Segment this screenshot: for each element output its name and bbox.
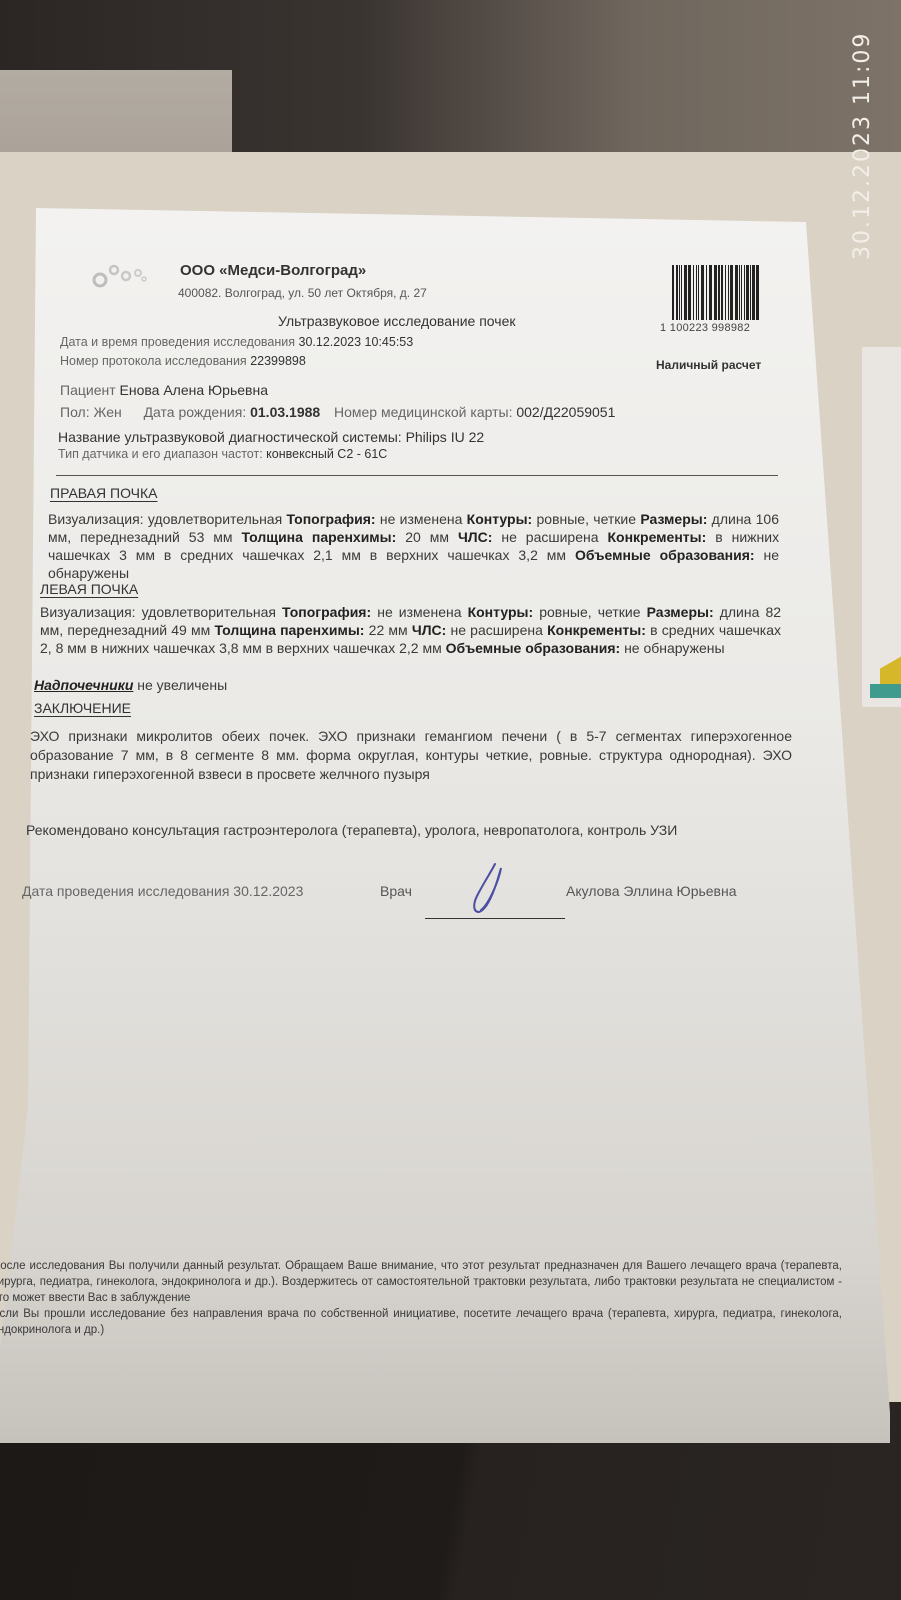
disclaimer-text-2: Если Вы прошли исследование без направле… <box>0 1306 842 1338</box>
payment-type: Наличный расчет <box>656 358 761 372</box>
photo-timestamp: 30.12.2023 11:09 <box>850 32 875 260</box>
signoff-date: Дата проведения исследования 30.12.2023 <box>22 883 303 899</box>
side-document-stripe <box>870 684 901 698</box>
exam-datetime: Дата и время проведения исследования 30.… <box>60 335 413 349</box>
background-floor <box>0 1440 901 1600</box>
background-object <box>0 70 232 158</box>
ultrasound-system: Название ультразвуковой диагностической … <box>58 429 484 445</box>
left-kidney-heading: ЛЕВАЯ ПОЧКА <box>40 581 138 597</box>
doctor-label: Врач <box>380 883 412 899</box>
signature-icon <box>465 860 515 920</box>
header-divider <box>56 475 778 476</box>
recommendation-text: Рекомендовано консультация гастроэнтерол… <box>26 820 800 840</box>
disclaimer-text-1: После исследования Вы получили данный ре… <box>0 1258 842 1306</box>
right-kidney-findings: Визуализация: удовлетворительная Топогра… <box>48 510 779 582</box>
right-kidney-heading: ПРАВАЯ ПОЧКА <box>50 485 157 501</box>
adrenals-finding: Надпочечники не увеличены <box>34 677 227 693</box>
doctor-name: Акулова Эллина Юрьевна <box>566 883 737 899</box>
patient-details: Пол: Жен Дата рождения: 01.03.1988 Номер… <box>60 404 615 420</box>
left-kidney-findings: Визуализация: удовлетворительная Топогра… <box>40 603 781 657</box>
medsi-logo-icon <box>92 260 152 290</box>
conclusion-text: ЭХО признаки микролитов обеих почек. ЭХО… <box>30 727 792 784</box>
probe-type: Тип датчика и его диапазон частот: конве… <box>58 447 387 461</box>
barcode-icon <box>670 265 762 320</box>
document-title: Ультразвуковое исследование почек <box>278 313 516 329</box>
patient-name: Пациент Енова Алена Юрьевна <box>60 382 268 398</box>
barcode-number: 1 100223 998982 <box>660 322 750 334</box>
organization-address: 400082. Волгоград, ул. 50 лет Октября, д… <box>178 286 427 300</box>
side-document <box>862 347 901 707</box>
conclusion-heading: ЗАКЛЮЧЕНИЕ <box>34 700 131 716</box>
protocol-number: Номер протокола исследования 22399898 <box>60 354 306 368</box>
organization-name: ООО «Медси-Волгоград» <box>180 262 366 279</box>
